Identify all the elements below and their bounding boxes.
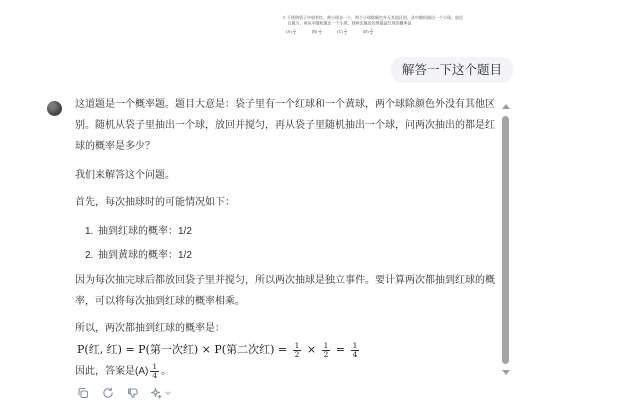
problem-image[interactable]: 5. 不透明袋子中放有红、黄小球各一个，两个小球除颜色外无其他区别，从中随机摸出… [283, 15, 469, 57]
scrollbar [500, 98, 513, 388]
answer-fraction: 14 [150, 363, 159, 381]
formula-result-fraction: 14 [351, 342, 360, 360]
model-switch-button[interactable] [150, 385, 172, 401]
list-item-marker: 2. [85, 245, 98, 266]
problem-options: (A) 14 (B) 13 (C) 12 (D) 34 [283, 28, 469, 36]
formula-equals: = [336, 343, 345, 356]
user-message-row: 解答一下这个题目 [391, 57, 513, 83]
copy-button[interactable] [75, 385, 91, 401]
formula-lead: P(红, 红) = P(第一次红) × P(第二次红) = [77, 343, 287, 356]
scrollbar-down-arrow[interactable] [502, 370, 510, 375]
thumbs-down-icon [127, 387, 139, 399]
paragraph-independent: 因为每次抽完球后都放回袋子里并搅匀，所以两次抽球是独立事件。要计算两次都抽到红球… [75, 270, 495, 312]
formula-times: × [307, 343, 316, 356]
option-a: (A) 14 [286, 28, 296, 36]
assistant-message-body: 这道题是一个概率题。题目大意是：袋子里有一个红球和一个黄球，两个球除颜色外没有其… [75, 94, 495, 382]
scrollbar-thumb[interactable] [502, 116, 509, 364]
dislike-button[interactable] [125, 385, 141, 401]
refresh-icon [102, 387, 114, 399]
list-item: 2. 抽到黄球的概率：1/2 [85, 245, 495, 266]
option-b-fraction: 13 [319, 28, 322, 36]
option-d: (D) 34 [363, 28, 373, 36]
option-a-fraction: 14 [293, 28, 296, 36]
math-formula: P(红, 红) = P(第一次红) × P(第二次红) = 12 × 12 = … [75, 339, 495, 361]
paragraph-therefore: 所以，两次都抽到红球的概率是： [75, 318, 495, 339]
option-c: (C) 12 [337, 28, 347, 36]
message-action-bar [75, 385, 507, 401]
answer-prefix: 因此，答案是(A) [75, 361, 148, 382]
paragraph-answer: 因此，答案是(A) 14 。 [75, 361, 495, 382]
list-item-text: 抽到黄球的概率：1/2 [98, 245, 192, 266]
paragraph-cases: 首先，每次抽球时的可能情况如下： [75, 192, 495, 213]
list-item: 1. 抽到红球的概率：1/2 [85, 221, 495, 242]
copy-icon [77, 387, 89, 399]
regenerate-button[interactable] [100, 385, 116, 401]
sparkle-icon [150, 387, 162, 399]
probability-list: 1. 抽到红球的概率：1/2 2. 抽到黄球的概率：1/2 [75, 221, 495, 266]
list-item-text: 抽到红球的概率：1/2 [98, 221, 192, 242]
option-b: (B) 13 [312, 28, 322, 36]
scrollbar-up-arrow[interactable] [502, 104, 510, 109]
answer-suffix: 。 [161, 361, 171, 382]
paragraph-intro: 这道题是一个概率题。题目大意是：袋子里有一个红球和一个黄球，两个球除颜色外没有其… [75, 94, 495, 157]
problem-image-content: 5. 不透明袋子中放有红、黄小球各一个，两个小球除颜色外无其他区别，从中随机摸出… [283, 15, 469, 36]
user-message-bubble: 解答一下这个题目 [391, 57, 513, 83]
paragraph-solve: 我们来解答这个问题。 [75, 165, 495, 186]
option-d-fraction: 34 [370, 28, 373, 36]
assistant-avatar [47, 101, 62, 116]
formula-fraction-2: 12 [322, 342, 331, 360]
assistant-message-row: 这道题是一个概率题。题目大意是：袋子里有一个红球和一个黄球，两个球除颜色外没有其… [45, 94, 507, 401]
problem-text-line2: 且搅匀，再从中随机摸出一个小球，则两次摸出的球都是红球的概率是 [283, 21, 469, 27]
list-item-marker: 1. [85, 221, 98, 242]
chevron-down-icon [164, 389, 172, 397]
option-c-fraction: 12 [344, 28, 347, 36]
formula-fraction-1: 12 [293, 342, 302, 360]
